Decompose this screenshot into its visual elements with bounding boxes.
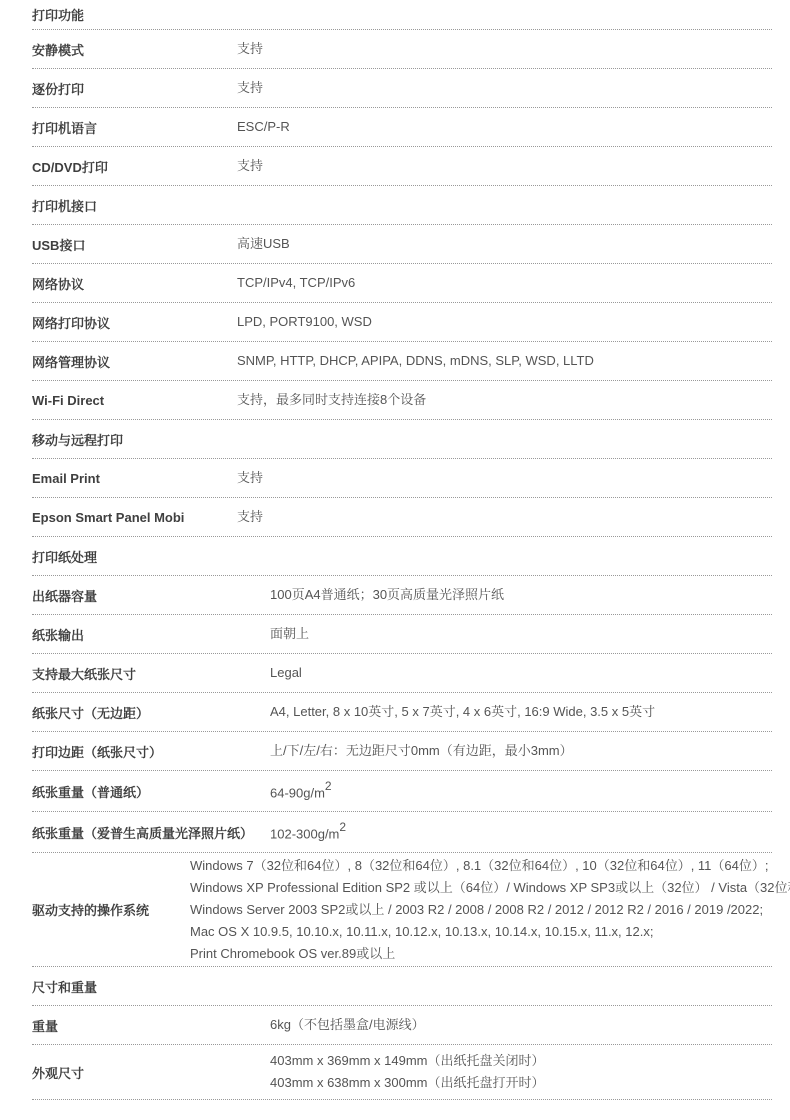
spec-label: CD/DVD打印	[32, 157, 237, 176]
spec-row: CD/DVD打印支持	[32, 147, 772, 186]
spec-value: TCP/IPv4, TCP/IPv6	[237, 272, 355, 294]
spec-label: 支持最大纸张尺寸	[32, 664, 270, 683]
spec-value-text: 支持	[237, 470, 263, 485]
spec-label: 纸张重量（爱普生高质量光泽照片纸）	[32, 823, 270, 842]
spec-value-text: 支持	[237, 158, 263, 173]
spec-value: 支持，最多同时支持连接8个设备	[237, 389, 426, 411]
superscript: 2	[325, 779, 332, 793]
spec-row: 纸张重量（爱普生高质量光泽照片纸）102-300g/m2	[32, 812, 772, 853]
section-header-label: 打印功能	[32, 5, 84, 24]
spec-label: 出纸器容量	[32, 586, 270, 605]
spec-value: 100页A4普通纸；30页高质量光泽照片纸	[270, 584, 504, 606]
spec-value-text: 支持	[237, 41, 263, 56]
spec-value-text: 100页A4普通纸；30页高质量光泽照片纸	[270, 587, 504, 602]
spec-row: 驱动支持的操作系统Windows 7（32位和64位）, 8（32位和64位）,…	[32, 853, 772, 967]
spec-label: 逐份打印	[32, 79, 237, 98]
section-header-row: 移动与远程打印	[32, 420, 772, 459]
spec-value: Windows 7（32位和64位）, 8（32位和64位）, 8.1（32位和…	[190, 855, 772, 965]
spec-label: Epson Smart Panel Mobi	[32, 510, 237, 525]
spec-value: 支持	[237, 155, 263, 177]
spec-row: Email Print支持	[32, 459, 772, 498]
spec-row: 打印边距（纸张尺寸）上/下/左/右：无边距尺寸0mm（有边距，最小3mm）	[32, 732, 772, 771]
section-header-row: 打印机接口	[32, 186, 772, 225]
spec-value-line: 403mm x 369mm x 149mm（出纸托盘关闭时）	[270, 1050, 545, 1072]
spec-value-text: 6kg（不包括墨盒/电源线）	[270, 1017, 425, 1032]
section-header-row: 打印功能	[32, 0, 772, 30]
spec-value: 支持	[237, 38, 263, 60]
spec-value: SNMP, HTTP, DHCP, APIPA, DDNS, mDNS, SLP…	[237, 350, 594, 372]
spec-value-text: 上/下/左/右：无边距尺寸0mm（有边距，最小3mm）	[270, 743, 573, 758]
spec-row: 网络协议TCP/IPv4, TCP/IPv6	[32, 264, 772, 303]
spec-value-text: 支持	[237, 509, 263, 524]
spec-value-line: Windows Server 2003 SP2或以上 / 2003 R2 / 2…	[190, 899, 772, 921]
spec-value-text: Legal	[270, 665, 302, 680]
section-header-label: 打印机接口	[32, 196, 97, 215]
spec-row: 逐份打印支持	[32, 69, 772, 108]
spec-value: 6kg（不包括墨盒/电源线）	[270, 1014, 425, 1036]
spec-row: 网络管理协议SNMP, HTTP, DHCP, APIPA, DDNS, mDN…	[32, 342, 772, 381]
spec-value-line: Print Chromebook OS ver.89或以上	[190, 943, 772, 965]
spec-label: 外观尺寸	[32, 1063, 270, 1082]
spec-row: Epson Smart Panel Mobi支持	[32, 498, 772, 537]
spec-label: Email Print	[32, 471, 237, 486]
spec-row: Wi-Fi Direct支持，最多同时支持连接8个设备	[32, 381, 772, 420]
superscript: 2	[339, 820, 346, 834]
spec-value: 64-90g/m2	[270, 777, 332, 804]
spec-value-text: 支持，最多同时支持连接8个设备	[237, 392, 426, 407]
spec-row: USB接口高速USB	[32, 225, 772, 264]
spec-value: 403mm x 369mm x 149mm（出纸托盘关闭时）403mm x 63…	[270, 1050, 545, 1094]
spec-label: 网络打印协议	[32, 313, 237, 332]
spec-value: ESC/P-R	[237, 116, 290, 138]
spec-value: LPD, PORT9100, WSD	[237, 311, 372, 333]
spec-label: 网络管理协议	[32, 352, 237, 371]
printer-spec-table: 打印功能安静模式支持逐份打印支持打印机语言ESC/P-RCD/DVD打印支持打印…	[0, 0, 790, 1100]
spec-label: 驱动支持的操作系统	[32, 900, 190, 919]
spec-row: 纸张输出面朝上	[32, 615, 772, 654]
spec-value: A4, Letter, 8 x 10英寸, 5 x 7英寸, 4 x 6英寸, …	[270, 701, 655, 723]
spec-value-text: 102-300g/m	[270, 827, 339, 842]
spec-label: USB接口	[32, 235, 237, 254]
spec-value-text: A4, Letter, 8 x 10英寸, 5 x 7英寸, 4 x 6英寸, …	[270, 704, 655, 719]
spec-row: 重量6kg（不包括墨盒/电源线）	[32, 1006, 772, 1045]
spec-value: 支持	[237, 467, 263, 489]
spec-label: 重量	[32, 1016, 270, 1035]
spec-value: 面朝上	[270, 623, 309, 645]
spec-label: 打印机语言	[32, 118, 237, 137]
spec-label: 网络协议	[32, 274, 237, 293]
spec-value-text: ESC/P-R	[237, 119, 290, 134]
spec-row: 纸张尺寸（无边距）A4, Letter, 8 x 10英寸, 5 x 7英寸, …	[32, 693, 772, 732]
spec-value: 支持	[237, 506, 263, 528]
spec-value-text: 面朝上	[270, 626, 309, 641]
section-header-row: 打印纸处理	[32, 537, 772, 576]
spec-label: Wi-Fi Direct	[32, 393, 237, 408]
spec-value-text: 支持	[237, 80, 263, 95]
section-header-label: 打印纸处理	[32, 547, 97, 566]
spec-value-line: Windows 7（32位和64位）, 8（32位和64位）, 8.1（32位和…	[190, 855, 772, 877]
spec-value-text: 64-90g/m	[270, 786, 325, 801]
spec-value: 支持	[237, 77, 263, 99]
spec-row: 打印机语言ESC/P-R	[32, 108, 772, 147]
spec-value-line: Mac OS X 10.9.5, 10.10.x, 10.11.x, 10.12…	[190, 921, 772, 943]
spec-value-line: 403mm x 638mm x 300mm（出纸托盘打开时）	[270, 1072, 545, 1094]
spec-label: 安静模式	[32, 40, 237, 59]
spec-value: 上/下/左/右：无边距尺寸0mm（有边距，最小3mm）	[270, 740, 573, 762]
section-header-row: 尺寸和重量	[32, 967, 772, 1006]
spec-row: 出纸器容量100页A4普通纸；30页高质量光泽照片纸	[32, 576, 772, 615]
spec-row: 网络打印协议LPD, PORT9100, WSD	[32, 303, 772, 342]
spec-label: 纸张输出	[32, 625, 270, 644]
section-header-label: 移动与远程打印	[32, 430, 123, 449]
spec-value-text: SNMP, HTTP, DHCP, APIPA, DDNS, mDNS, SLP…	[237, 353, 594, 368]
spec-value: Legal	[270, 662, 302, 684]
spec-label: 打印边距（纸张尺寸）	[32, 742, 270, 761]
spec-value-text: LPD, PORT9100, WSD	[237, 314, 372, 329]
spec-value: 高速USB	[237, 233, 290, 255]
section-header-label: 尺寸和重量	[32, 977, 97, 996]
spec-row: 外观尺寸403mm x 369mm x 149mm（出纸托盘关闭时）403mm …	[32, 1045, 772, 1100]
spec-value-line: Windows XP Professional Edition SP2 或以上（…	[190, 877, 772, 899]
spec-value: 102-300g/m2	[270, 818, 346, 845]
spec-value-text: TCP/IPv4, TCP/IPv6	[237, 275, 355, 290]
spec-row: 纸张重量（普通纸）64-90g/m2	[32, 771, 772, 812]
spec-label: 纸张尺寸（无边距）	[32, 703, 270, 722]
spec-row: 安静模式支持	[32, 30, 772, 69]
spec-row: 支持最大纸张尺寸Legal	[32, 654, 772, 693]
spec-label: 纸张重量（普通纸）	[32, 782, 270, 801]
spec-value-text: 高速USB	[237, 236, 290, 251]
